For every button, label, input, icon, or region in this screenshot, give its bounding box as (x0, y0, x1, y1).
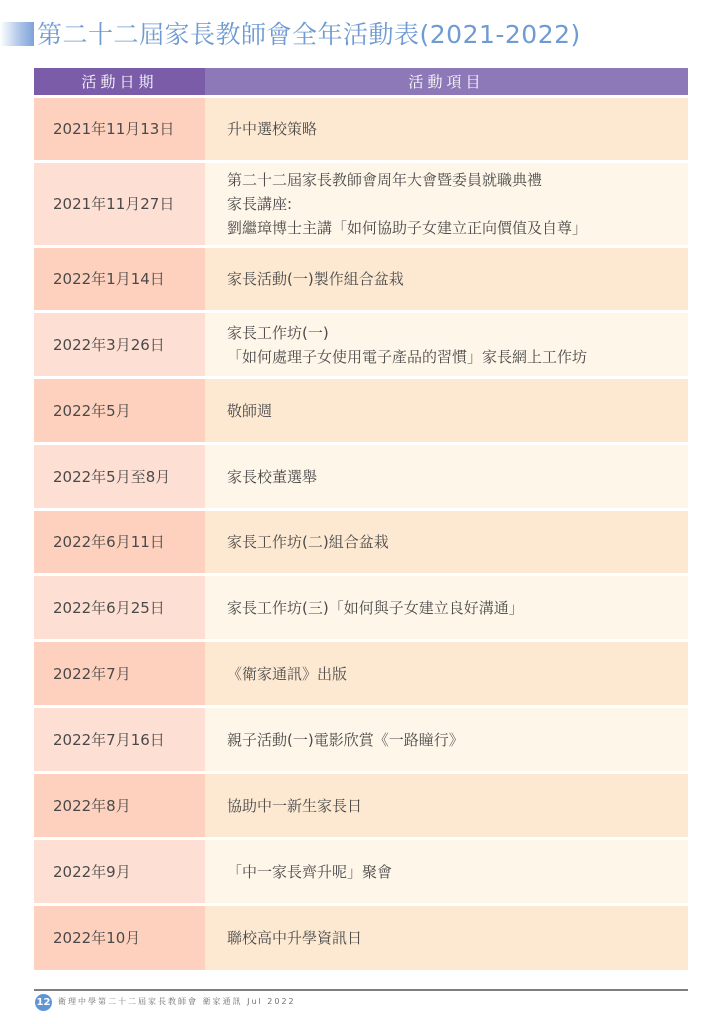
activity-date: 2022年6月11日 (34, 511, 205, 573)
activity-item: 家長校董選舉 (205, 445, 688, 508)
table-row: 2021年11月27日第二十二屆家長教師會周年大會暨委員就職典禮家長講座:劉繼璋… (34, 163, 688, 245)
activity-date: 2022年8月 (34, 774, 205, 837)
table-row: 2022年10月聯校高中升學資訊日 (34, 906, 688, 970)
activity-item-line: 家長校董選舉 (227, 465, 317, 489)
activity-item: 《衛家通訊》出版 (205, 642, 688, 705)
header-date: 活動日期 (34, 68, 205, 95)
table-row: 2022年8月協助中一新生家長日 (34, 774, 688, 837)
footer-divider (34, 989, 688, 991)
activity-item-line: 《衛家通訊》出版 (227, 662, 347, 686)
activity-date: 2022年5月至8月 (34, 445, 205, 508)
activity-item-line: 聯校高中升學資訊日 (227, 926, 362, 950)
activity-date: 2022年1月14日 (34, 248, 205, 310)
table-row: 2021年11月13日升中選校策略 (34, 98, 688, 160)
activity-item-line: 升中選校策略 (227, 117, 317, 141)
activity-item: 家長工作坊(三)「如何與子女建立良好溝通」 (205, 576, 688, 639)
activity-item-line: 家長工作坊(二)組合盆栽 (227, 530, 389, 554)
activity-item: 敬師週 (205, 379, 688, 442)
table-row: 2022年6月11日家長工作坊(二)組合盆栽 (34, 511, 688, 573)
activity-date: 2022年6月25日 (34, 576, 205, 639)
activity-date: 2022年9月 (34, 840, 205, 903)
activity-item: 協助中一新生家長日 (205, 774, 688, 837)
table-row: 2022年5月至8月家長校董選舉 (34, 445, 688, 508)
activity-item: 家長活動(一)製作組合盆栽 (205, 248, 688, 310)
footer-text: 衛理中學第二十二屆家長教師會 衛家通訊 Jul 2022 (58, 995, 296, 1009)
activity-item-line: 家長講座: (227, 192, 292, 216)
activity-table: 活動日期 活動項目 2021年11月13日升中選校策略2021年11月27日第二… (34, 68, 688, 970)
table-row: 2022年3月26日家長工作坊(一)「如何處理子女使用電子產品的習慣」家長網上工… (34, 313, 688, 376)
activity-item-line: 劉繼璋博士主講「如何協助子女建立正向價值及自尊」 (227, 216, 587, 240)
table-row: 2022年9月「中一家長齊升呢」聚會 (34, 840, 688, 903)
activity-item: 聯校高中升學資訊日 (205, 906, 688, 970)
activity-date: 2022年5月 (34, 379, 205, 442)
table-row: 2022年6月25日家長工作坊(三)「如何與子女建立良好溝通」 (34, 576, 688, 639)
activity-item: 家長工作坊(二)組合盆栽 (205, 511, 688, 573)
activity-item: 家長工作坊(一)「如何處理子女使用電子產品的習慣」家長網上工作坊 (205, 313, 688, 376)
activity-item-line: 協助中一新生家長日 (227, 794, 362, 818)
activity-item-line: 家長工作坊(三)「如何與子女建立良好溝通」 (227, 596, 524, 620)
activity-item-line: 親子活動(一)電影欣賞《一路瞳行》 (227, 728, 464, 752)
activity-item-line: 敬師週 (227, 399, 272, 423)
activity-item-line: 家長工作坊(一) (227, 321, 329, 345)
activity-date: 2022年3月26日 (34, 313, 205, 376)
activity-item: 親子活動(一)電影欣賞《一路瞳行》 (205, 708, 688, 771)
table-row: 2022年5月敬師週 (34, 379, 688, 442)
activity-item-line: 「如何處理子女使用電子產品的習慣」家長網上工作坊 (227, 345, 587, 369)
header-item: 活動項目 (205, 68, 688, 95)
activity-date: 2021年11月27日 (34, 163, 205, 245)
activity-item: 升中選校策略 (205, 98, 688, 160)
table-body: 2021年11月13日升中選校策略2021年11月27日第二十二屆家長教師會周年… (34, 98, 688, 970)
activity-date: 2022年7月 (34, 642, 205, 705)
activity-date: 2021年11月13日 (34, 98, 205, 160)
activity-item: 第二十二屆家長教師會周年大會暨委員就職典禮家長講座:劉繼璋博士主講「如何協助子女… (205, 163, 688, 245)
table-row: 2022年7月16日親子活動(一)電影欣賞《一路瞳行》 (34, 708, 688, 771)
activity-item-line: 「中一家長齊升呢」聚會 (227, 860, 392, 884)
page-title: 第二十二屆家長教師會全年活動表(2021-2022) (37, 18, 581, 52)
activity-date: 2022年10月 (34, 906, 205, 970)
table-row: 2022年7月《衛家通訊》出版 (34, 642, 688, 705)
activity-item-line: 家長活動(一)製作組合盆栽 (227, 267, 404, 291)
table-row: 2022年1月14日家長活動(一)製作組合盆栽 (34, 248, 688, 310)
table-header: 活動日期 活動項目 (34, 68, 688, 95)
title-accent-bar (0, 22, 34, 46)
activity-date: 2022年7月16日 (34, 708, 205, 771)
page-number-badge: 12 (35, 994, 52, 1011)
activity-item: 「中一家長齊升呢」聚會 (205, 840, 688, 903)
activity-item-line: 第二十二屆家長教師會周年大會暨委員就職典禮 (227, 168, 542, 192)
